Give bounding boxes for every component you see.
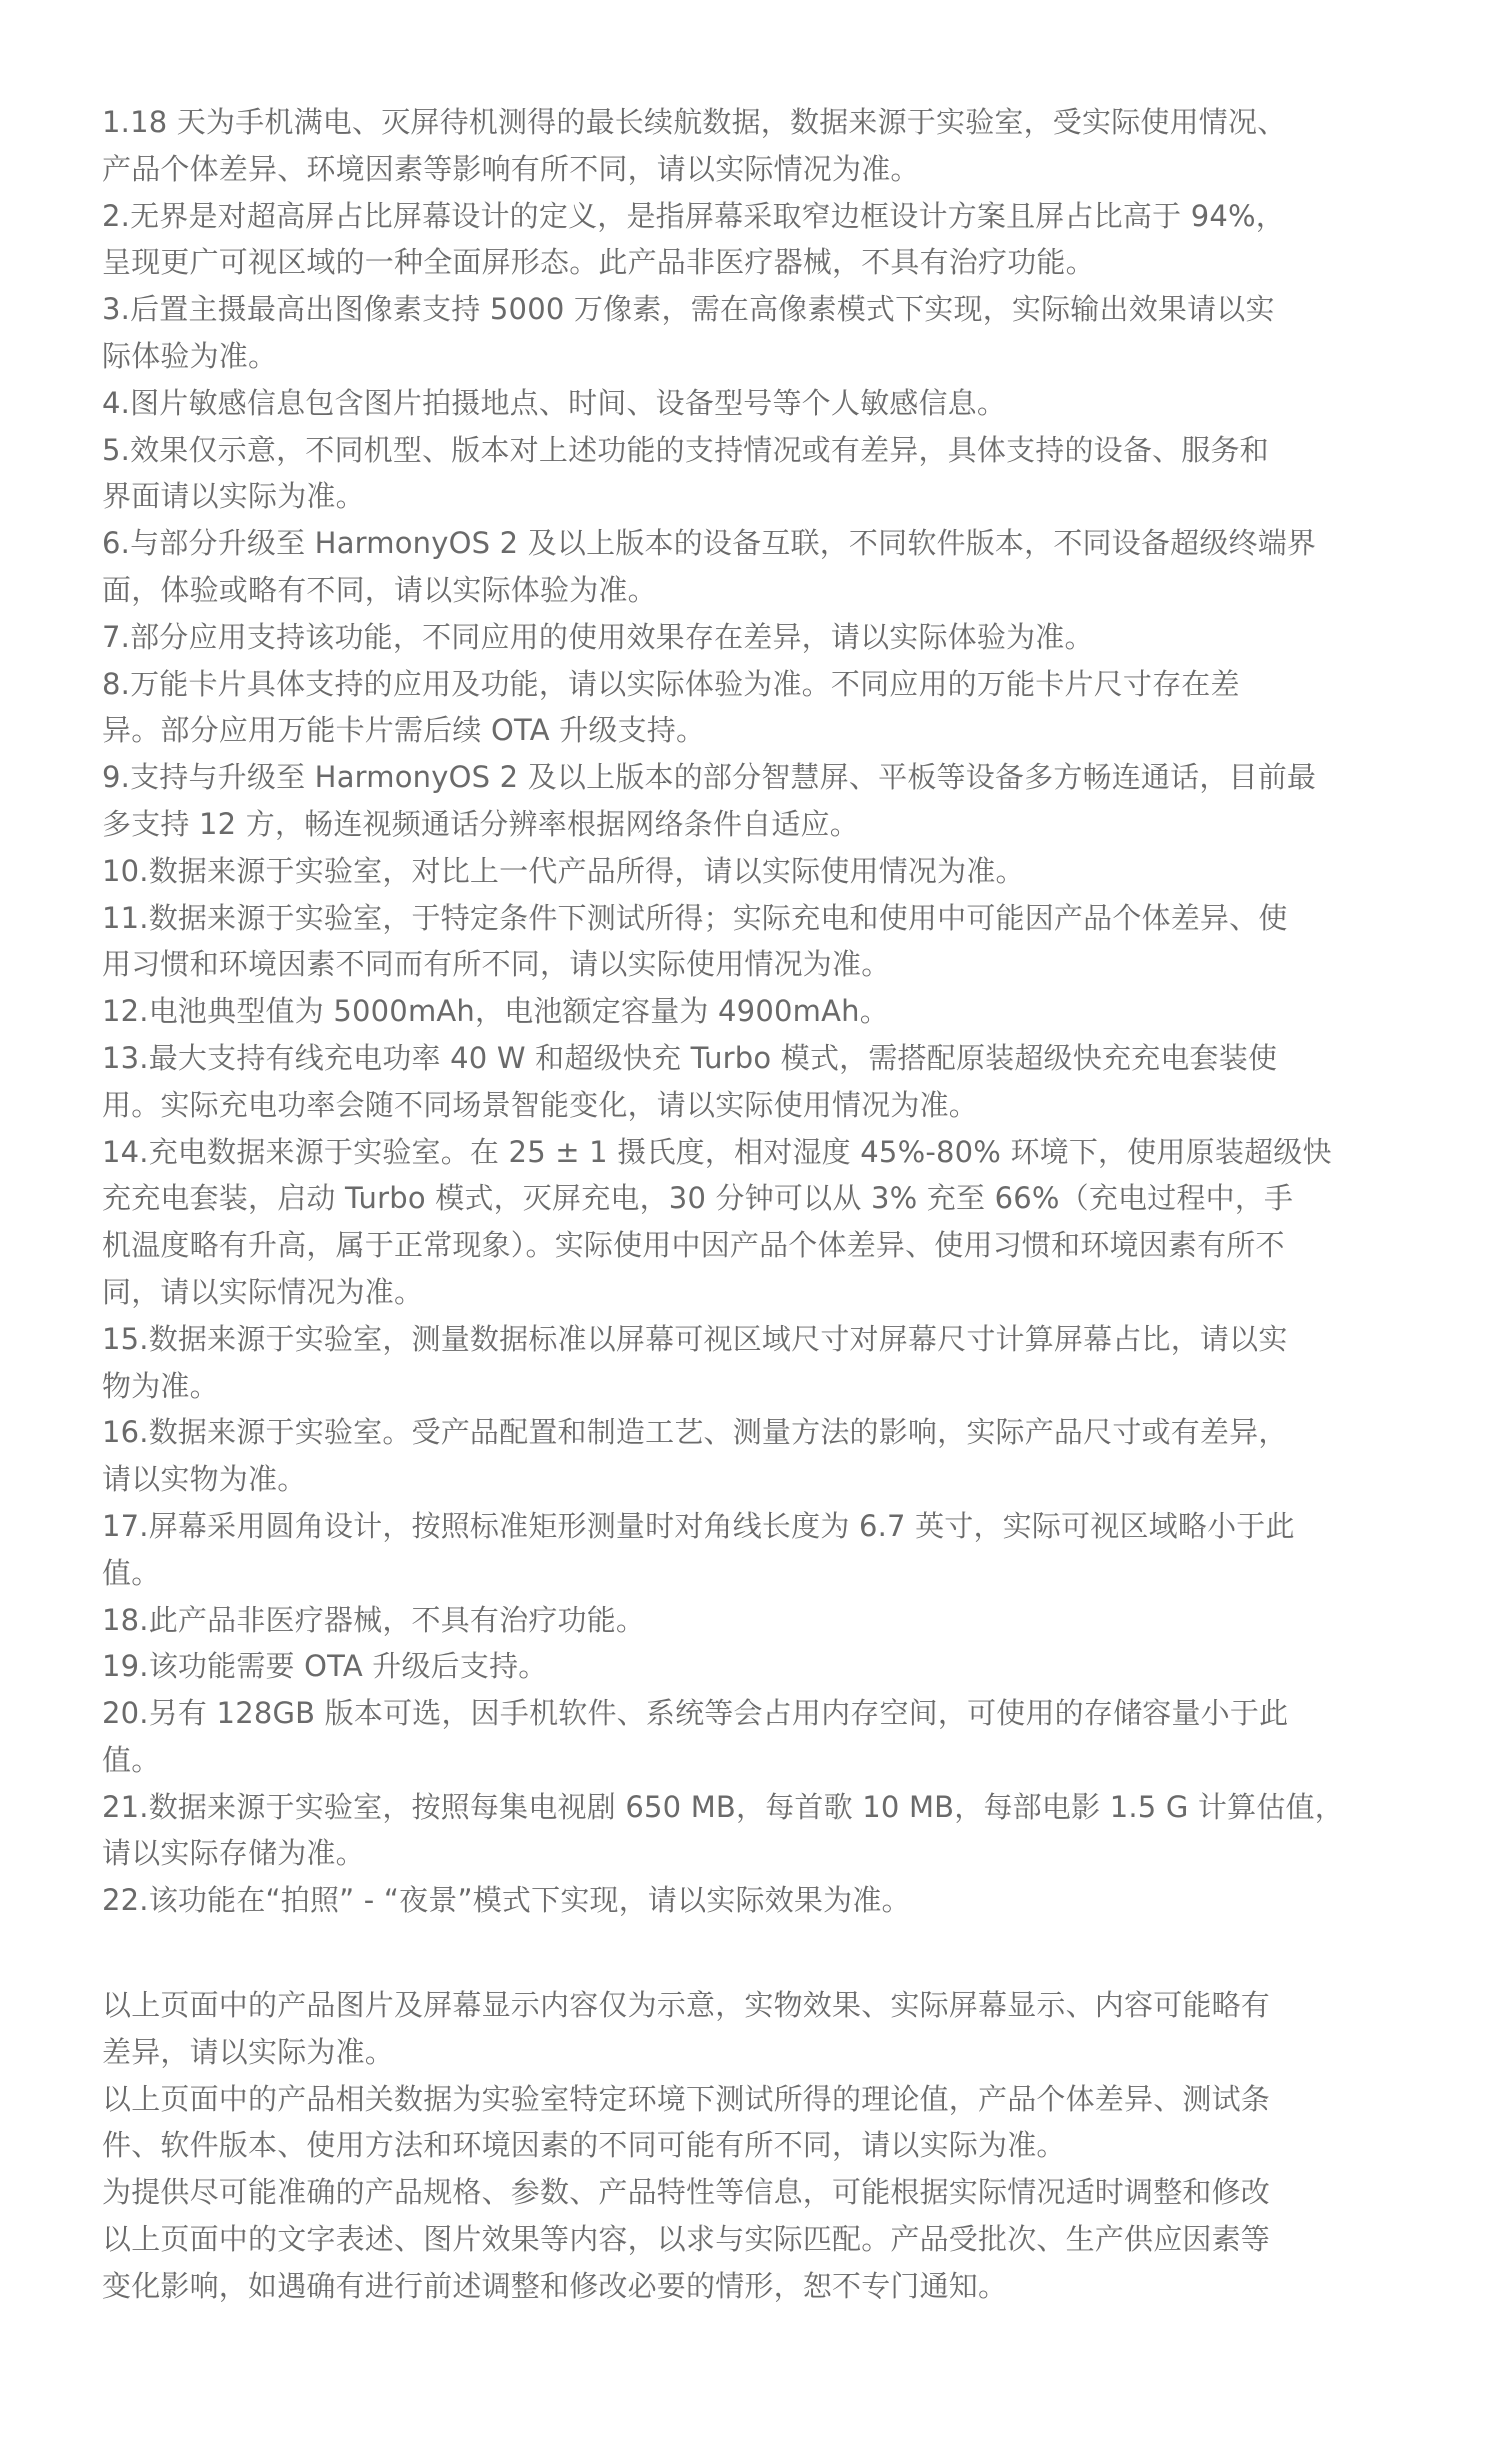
- disclaimer-page: 1.18 天为手机满电、灭屏待机测得的最长续航数据，数据来源于实验室，受实际使用…: [102, 99, 1402, 2310]
- footnote-item-6: 6.与部分升级至 HarmonyOS 2 及以上版本的设备互联，不同软件版本，不…: [102, 520, 1402, 614]
- footnote-line: 请以实际存储为准。: [102, 1830, 1402, 1877]
- footnote-item-13: 13.最大支持有线充电功率 40 W 和超级快充 Turbo 模式，需搭配原装超…: [102, 1035, 1402, 1129]
- footnote-line: 20.另有 128GB 版本可选，因手机软件、系统等会占用内存空间，可使用的存储…: [102, 1690, 1402, 1737]
- footnote-line: 3.后置主摄最高出图像素支持 5000 万像素，需在高像素模式下实现，实际输出效…: [102, 286, 1402, 333]
- footnote-item-16: 16.数据来源于实验室。受产品配置和制造工艺、测量方法的影响，实际产品尺寸或有差…: [102, 1409, 1402, 1503]
- footnote-line: 15.数据来源于实验室，测量数据标准以屏幕可视区域尺寸对屏幕尺寸计算屏幕占比，请…: [102, 1316, 1402, 1363]
- footnote-item-2: 2.无界是对超高屏占比屏幕设计的定义，是指屏幕采取窄边框设计方案且屏占比高于 9…: [102, 193, 1402, 287]
- footnote-line: 1.18 天为手机满电、灭屏待机测得的最长续航数据，数据来源于实验室，受实际使用…: [102, 99, 1402, 146]
- footnote-item-8: 8.万能卡片具体支持的应用及功能，请以实际体验为准。不同应用的万能卡片尺寸存在差…: [102, 661, 1402, 755]
- footnote-line: 请以实物为准。: [102, 1456, 1402, 1503]
- closing-paragraph-3: 为提供尽可能准确的产品规格、参数、产品特性等信息，可能根据实际情况适时调整和修改…: [102, 2169, 1402, 2309]
- footnote-line: 面，体验或略有不同，请以实际体验为准。: [102, 567, 1402, 614]
- footnote-line: 值。: [102, 1737, 1402, 1784]
- footnote-item-22: 22.该功能在“拍照” - “夜景”模式下实现，请以实际效果为准。: [102, 1877, 1402, 1924]
- closing-line: 以上页面中的文字表述、图片效果等内容，以求与实际匹配。产品受批次、生产供应因素等: [102, 2216, 1402, 2263]
- footnote-line: 7.部分应用支持该功能，不同应用的使用效果存在差异，请以实际体验为准。: [102, 614, 1402, 661]
- footnote-item-19: 19.该功能需要 OTA 升级后支持。: [102, 1643, 1402, 1690]
- footnote-item-3: 3.后置主摄最高出图像素支持 5000 万像素，需在高像素模式下实现，实际输出效…: [102, 286, 1402, 380]
- closing-line: 以上页面中的产品相关数据为实验室特定环境下测试所得的理论值，产品个体差异、测试条: [102, 2076, 1402, 2123]
- footnote-item-1: 1.18 天为手机满电、灭屏待机测得的最长续航数据，数据来源于实验室，受实际使用…: [102, 99, 1402, 193]
- footnote-item-4: 4.图片敏感信息包含图片拍摄地点、时间、设备型号等个人敏感信息。: [102, 380, 1402, 427]
- footnote-line: 8.万能卡片具体支持的应用及功能，请以实际体验为准。不同应用的万能卡片尺寸存在差: [102, 661, 1402, 708]
- footnote-line: 14.充电数据来源于实验室。在 25 ± 1 摄氏度，相对湿度 45%-80% …: [102, 1129, 1402, 1176]
- footnote-line: 18.此产品非医疗器械，不具有治疗功能。: [102, 1597, 1402, 1644]
- footnote-line: 19.该功能需要 OTA 升级后支持。: [102, 1643, 1402, 1690]
- footnote-line: 呈现更广可视区域的一种全面屏形态。此产品非医疗器械，不具有治疗功能。: [102, 239, 1402, 286]
- footnote-line: 机温度略有升高，属于正常现象）。实际使用中因产品个体差异、使用习惯和环境因素有所…: [102, 1222, 1402, 1269]
- closing-line: 为提供尽可能准确的产品规格、参数、产品特性等信息，可能根据实际情况适时调整和修改: [102, 2169, 1402, 2216]
- footnote-line: 5.效果仅示意，不同机型、版本对上述功能的支持情况或有差异，具体支持的设备、服务…: [102, 427, 1402, 474]
- closing-paragraph-1: 以上页面中的产品图片及屏幕显示内容仅为示意，实物效果、实际屏幕显示、内容可能略有…: [102, 1982, 1402, 2076]
- footnote-line: 用习惯和环境因素不同而有所不同，请以实际使用情况为准。: [102, 941, 1402, 988]
- footnote-line: 际体验为准。: [102, 333, 1402, 380]
- footnote-line: 充充电套装，启动 Turbo 模式，灭屏充电，30 分钟可以从 3% 充至 66…: [102, 1175, 1402, 1222]
- footnote-line: 界面请以实际为准。: [102, 473, 1402, 520]
- footnote-line: 10.数据来源于实验室，对比上一代产品所得，请以实际使用情况为准。: [102, 848, 1402, 895]
- footnote-item-7: 7.部分应用支持该功能，不同应用的使用效果存在差异，请以实际体验为准。: [102, 614, 1402, 661]
- closing-line: 件、软件版本、使用方法和环境因素的不同可能有所不同，请以实际为准。: [102, 2122, 1402, 2169]
- footnote-line: 21.数据来源于实验室，按照每集电视剧 650 MB，每首歌 10 MB，每部电…: [102, 1784, 1402, 1831]
- footnote-item-10: 10.数据来源于实验室，对比上一代产品所得，请以实际使用情况为准。: [102, 848, 1402, 895]
- footnote-item-17: 17.屏幕采用圆角设计，按照标准矩形测量时对角线长度为 6.7 英寸，实际可视区…: [102, 1503, 1402, 1597]
- footnote-item-14: 14.充电数据来源于实验室。在 25 ± 1 摄氏度，相对湿度 45%-80% …: [102, 1129, 1402, 1316]
- footnote-line: 17.屏幕采用圆角设计，按照标准矩形测量时对角线长度为 6.7 英寸，实际可视区…: [102, 1503, 1402, 1550]
- closing-disclaimer: 以上页面中的产品图片及屏幕显示内容仅为示意，实物效果、实际屏幕显示、内容可能略有…: [102, 1982, 1402, 2310]
- footnote-line: 2.无界是对超高屏占比屏幕设计的定义，是指屏幕采取窄边框设计方案且屏占比高于 9…: [102, 193, 1402, 240]
- footnote-line: 用。实际充电功率会随不同场景智能变化，请以实际使用情况为准。: [102, 1082, 1402, 1129]
- footnote-line: 9.支持与升级至 HarmonyOS 2 及以上版本的部分智慧屏、平板等设备多方…: [102, 754, 1402, 801]
- footnote-line: 12.电池典型值为 5000mAh，电池额定容量为 4900mAh。: [102, 988, 1402, 1035]
- footnote-line: 物为准。: [102, 1363, 1402, 1410]
- footnote-item-11: 11.数据来源于实验室，于特定条件下测试所得；实际充电和使用中可能因产品个体差异…: [102, 895, 1402, 989]
- footnote-line: 4.图片敏感信息包含图片拍摄地点、时间、设备型号等个人敏感信息。: [102, 380, 1402, 427]
- footnote-line: 6.与部分升级至 HarmonyOS 2 及以上版本的设备互联，不同软件版本，不…: [102, 520, 1402, 567]
- closing-paragraph-2: 以上页面中的产品相关数据为实验室特定环境下测试所得的理论值，产品个体差异、测试条…: [102, 2076, 1402, 2170]
- footnote-item-9: 9.支持与升级至 HarmonyOS 2 及以上版本的部分智慧屏、平板等设备多方…: [102, 754, 1402, 848]
- footnote-item-21: 21.数据来源于实验室，按照每集电视剧 650 MB，每首歌 10 MB，每部电…: [102, 1784, 1402, 1878]
- footnote-line: 异。部分应用万能卡片需后续 OTA 升级支持。: [102, 707, 1402, 754]
- footnote-item-12: 12.电池典型值为 5000mAh，电池额定容量为 4900mAh。: [102, 988, 1402, 1035]
- footnote-line: 22.该功能在“拍照” - “夜景”模式下实现，请以实际效果为准。: [102, 1877, 1402, 1924]
- closing-line: 以上页面中的产品图片及屏幕显示内容仅为示意，实物效果、实际屏幕显示、内容可能略有: [102, 1982, 1402, 2029]
- footnote-item-18: 18.此产品非医疗器械，不具有治疗功能。: [102, 1597, 1402, 1644]
- footnote-line: 产品个体差异、环境因素等影响有所不同，请以实际情况为准。: [102, 146, 1402, 193]
- footnotes-list: 1.18 天为手机满电、灭屏待机测得的最长续航数据，数据来源于实验室，受实际使用…: [102, 99, 1402, 1924]
- footnote-item-5: 5.效果仅示意，不同机型、版本对上述功能的支持情况或有差异，具体支持的设备、服务…: [102, 427, 1402, 521]
- footnote-line: 同，请以实际情况为准。: [102, 1269, 1402, 1316]
- footnote-line: 16.数据来源于实验室。受产品配置和制造工艺、测量方法的影响，实际产品尺寸或有差…: [102, 1409, 1402, 1456]
- footnote-line: 13.最大支持有线充电功率 40 W 和超级快充 Turbo 模式，需搭配原装超…: [102, 1035, 1402, 1082]
- footnote-line: 11.数据来源于实验室，于特定条件下测试所得；实际充电和使用中可能因产品个体差异…: [102, 895, 1402, 942]
- footnote-item-20: 20.另有 128GB 版本可选，因手机软件、系统等会占用内存空间，可使用的存储…: [102, 1690, 1402, 1784]
- closing-line: 变化影响，如遇确有进行前述调整和修改必要的情形，恕不专门通知。: [102, 2263, 1402, 2310]
- footnote-line: 多支持 12 方，畅连视频通话分辨率根据网络条件自适应。: [102, 801, 1402, 848]
- footnote-line: 值。: [102, 1550, 1402, 1597]
- footnote-item-15: 15.数据来源于实验室，测量数据标准以屏幕可视区域尺寸对屏幕尺寸计算屏幕占比，请…: [102, 1316, 1402, 1410]
- closing-line: 差异，请以实际为准。: [102, 2029, 1402, 2076]
